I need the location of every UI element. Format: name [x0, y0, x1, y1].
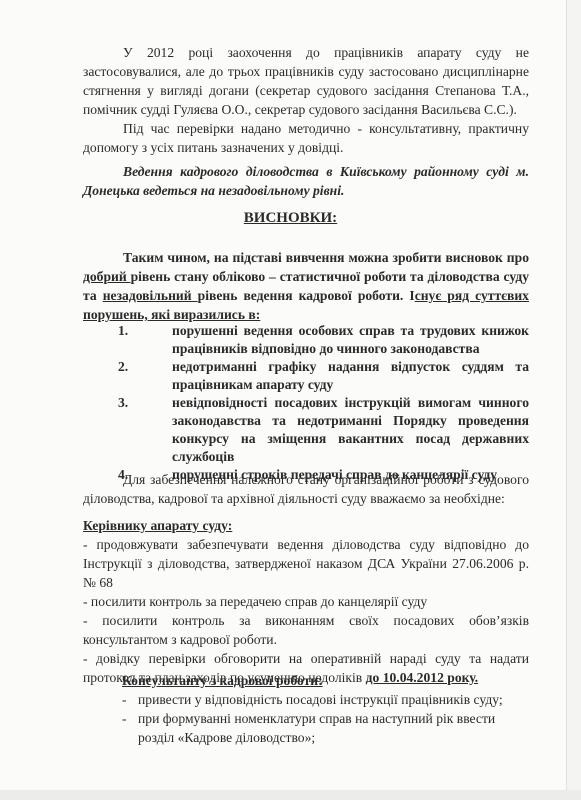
- list-item: -привести у відповідність посадові інстр…: [122, 690, 532, 709]
- head-of-staff-section: Керівнику апарату суду: - продовжувати з…: [83, 516, 529, 687]
- good-rating: добрий: [83, 269, 131, 284]
- hr-status-text: Ведення кадрового діловодства в Київсько…: [83, 162, 529, 200]
- head-of-staff-title: Керівнику апарату суду:: [83, 516, 529, 535]
- conclusion-text: Таким чином, на підставі вивчення можна …: [83, 248, 529, 324]
- consultant-section: Консультанту з кадрової роботи: -привест…: [122, 671, 532, 747]
- list-item: 1.порушенні ведення особових справ та тр…: [118, 322, 529, 358]
- list-item: 2.недотриманні графіку надання відпусток…: [118, 358, 529, 394]
- list-item: 3.невідповідності посадових інструкцій в…: [118, 394, 529, 466]
- list-item: -при формуванні номенклатури справ на на…: [122, 709, 532, 747]
- scan-edge: [0, 790, 581, 800]
- awards-text: У 2012 році заохочення до працівників ап…: [83, 43, 529, 119]
- conclusions-heading: ВИСНОВКИ:: [0, 210, 581, 227]
- necessary-text: Для забезпечення належного стану організ…: [83, 470, 529, 508]
- paragraph-necessary: Для забезпечення належного стану організ…: [83, 470, 529, 508]
- conclusion-paragraph: Таким чином, на підставі вивчення можна …: [83, 248, 529, 324]
- consultant-title: Консультанту з кадрової роботи:: [122, 671, 532, 690]
- head-item: - посилити контроль за виконанням своїх …: [83, 611, 529, 649]
- paragraph-help: Під час перевірки надано методично - кон…: [83, 119, 529, 157]
- head-item: - посилити контроль за передачею справ д…: [83, 592, 529, 611]
- paragraph-awards: У 2012 році заохочення до працівників ап…: [83, 43, 529, 119]
- paragraph-hr-status: Ведення кадрового діловодства в Київсько…: [83, 162, 529, 200]
- help-text: Під час перевірки надано методично - кон…: [83, 119, 529, 157]
- head-item: - продовжувати забезпечувати ведення діл…: [83, 535, 529, 592]
- violations-list: 1.порушенні ведення особових справ та тр…: [118, 322, 529, 484]
- bad-rating: незадовільний: [103, 288, 198, 303]
